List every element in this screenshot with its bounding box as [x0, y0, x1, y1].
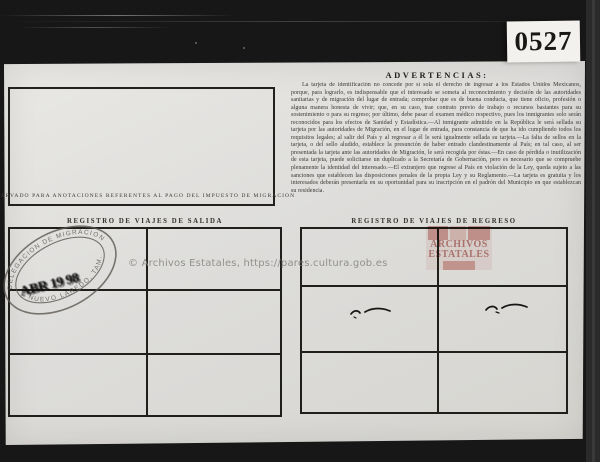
reserved-annotations-label: RESERVADO PARA ANOTACIONES REFERENTES AL… — [0, 193, 295, 199]
handwritten-mark — [482, 300, 530, 318]
frame-number-label: 0527 — [507, 20, 581, 62]
logo-block — [450, 226, 466, 240]
advertencias-body: La tarjeta de identificación no concede … — [291, 82, 581, 206]
regreso-row-divider — [302, 285, 566, 287]
stamp-outer-ring — [0, 208, 131, 331]
logo-block — [428, 226, 448, 240]
archive-watermark-text: © Archivos Estatales, https://pares.cult… — [128, 258, 387, 269]
logo-block — [443, 261, 475, 270]
handwritten-mark — [348, 303, 396, 321]
salida-column-divider — [146, 229, 148, 415]
film-edge-highlight — [592, 0, 595, 462]
regreso-table-title: REGISTRO DE VIAJES DE REGRESO — [300, 218, 568, 225]
salida-row-divider — [10, 353, 280, 355]
logo-text-estatales: ESTATALES — [426, 250, 492, 260]
frame-number-text: 0527 — [514, 26, 572, 58]
oval-rubber-stamp: DELEGACION DE MIGRACION NUEVO LAREDO, TA… — [0, 220, 144, 328]
film-speck — [195, 42, 197, 44]
film-scratch-line — [0, 15, 235, 16]
film-scan-frame: 0527 ADVERTENCIAS: La tarjeta de identif… — [0, 0, 600, 462]
film-scratch-line — [18, 27, 173, 28]
archivos-estatales-logo: ARCHIVOS ESTATALES — [426, 226, 492, 270]
regreso-row-divider — [302, 351, 566, 353]
reserved-annotations-box: RESERVADO PARA ANOTACIONES REFERENTES AL… — [8, 87, 275, 206]
film-speck — [243, 47, 245, 49]
logo-block — [468, 226, 490, 240]
advertencias-title: ADVERTENCIAS: — [292, 70, 582, 80]
